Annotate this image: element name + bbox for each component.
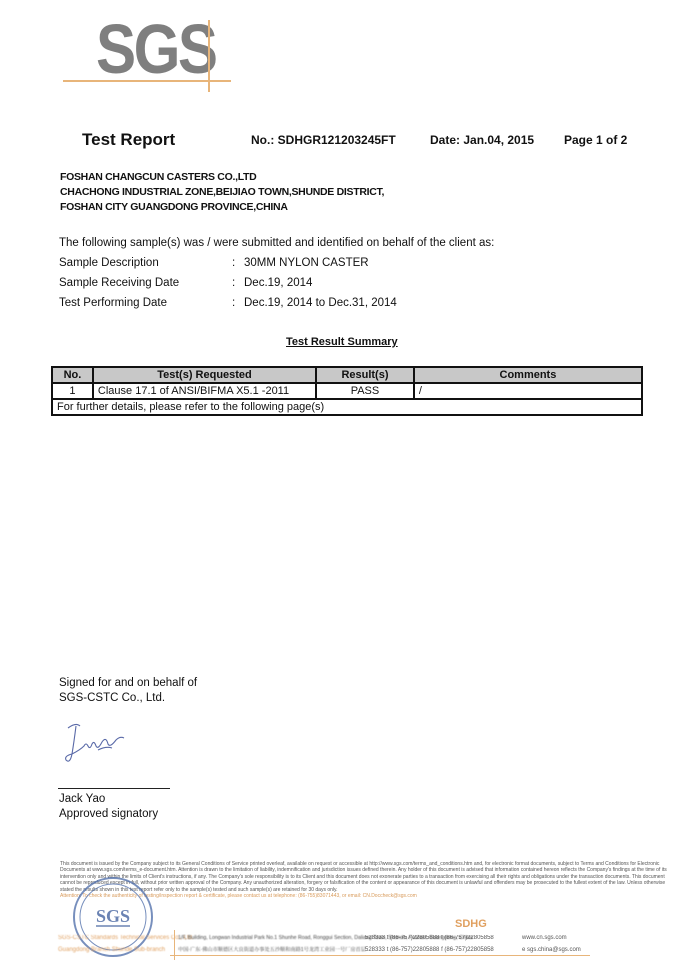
row-test: Clause 17.1 of ANSI/BIFMA X5.1 -2011 [93,383,316,399]
table-row: 1 Clause 17.1 of ANSI/BIFMA X5.1 -2011 P… [52,383,642,399]
table-header-row: No. Test(s) Requested Result(s) Comments [52,367,642,383]
page-indicator: Page 1 of 2 [564,133,627,147]
signed-for: Signed for and on behalf of SGS-CSTC Co.… [59,676,197,706]
table-footnote-row: For further details, please refer to the… [52,399,642,415]
test-performing-date-label: Test Performing Date [59,297,167,309]
sample-receiving-date-label: Sample Receiving Date [59,277,179,289]
company-phones: 528333 t (86-757)22805888 f (86-757)2280… [365,932,494,956]
client-address-line-1: CHACHONG INDUSTRIAL ZONE,BEIJIAO TOWN,SH… [60,185,384,200]
company-web: www.cn.sgs.com e sgs.china@sgs.com [522,932,581,956]
sgs-logo: SGS [96,14,215,84]
signatory-role: Approved signatory [59,807,158,822]
svg-text:SGS: SGS [96,906,130,926]
report-date: Date: Jan.04, 2015 [430,133,534,147]
website: www.cn.sgs.com [522,932,581,944]
signatory-name: Jack Yao [59,792,158,807]
client-address-line-2: FOSHAN CITY GUANGDONG PROVINCE,CHINA [60,200,384,215]
column-header-comments: Comments [414,367,642,383]
logo-vertical-rule [208,20,210,92]
branch-code: SDHG [455,918,487,930]
footer-rule [170,955,590,956]
logo-horizontal-rule [63,80,231,82]
colon: : [232,257,235,269]
colon: : [232,297,235,309]
column-header-no: No. [52,367,93,383]
table-footnote: For further details, please refer to the… [52,399,642,415]
row-comment: / [414,383,642,399]
colon: : [232,277,235,289]
phones-line-1: 528333 t (86-757)22805888 f (86-757)2280… [365,932,494,944]
sample-description-label: Sample Description [59,257,159,269]
signed-for-line-1: Signed for and on behalf of [59,676,197,691]
sample-receiving-date-value: Dec.19, 2014 [244,277,312,289]
client-address: FOSHAN CHANGCUN CASTERS CO.,LTD CHACHONG… [60,170,384,215]
client-name: FOSHAN CHANGCUN CASTERS CO.,LTD [60,170,384,185]
row-no: 1 [52,383,93,399]
summary-title: Test Result Summary [286,336,398,348]
sample-intro: The following sample(s) was / were submi… [59,237,494,249]
results-table: No. Test(s) Requested Result(s) Comments… [51,366,643,416]
signature-line [58,788,170,789]
column-header-tests: Test(s) Requested [93,367,316,383]
sample-description-value: 30MM NYLON CASTER [244,257,369,269]
report-title: Test Report [82,130,175,150]
signed-for-line-2: SGS-CSTC Co., Ltd. [59,691,197,706]
handwritten-signature [62,720,132,770]
test-performing-date-value: Dec.19, 2014 to Dec.31, 2014 [244,297,397,309]
signatory: Jack Yao Approved signatory [59,792,158,822]
row-result: PASS [316,383,414,399]
report-number: No.: SDHGR121203245FT [251,133,396,147]
column-header-results: Result(s) [316,367,414,383]
